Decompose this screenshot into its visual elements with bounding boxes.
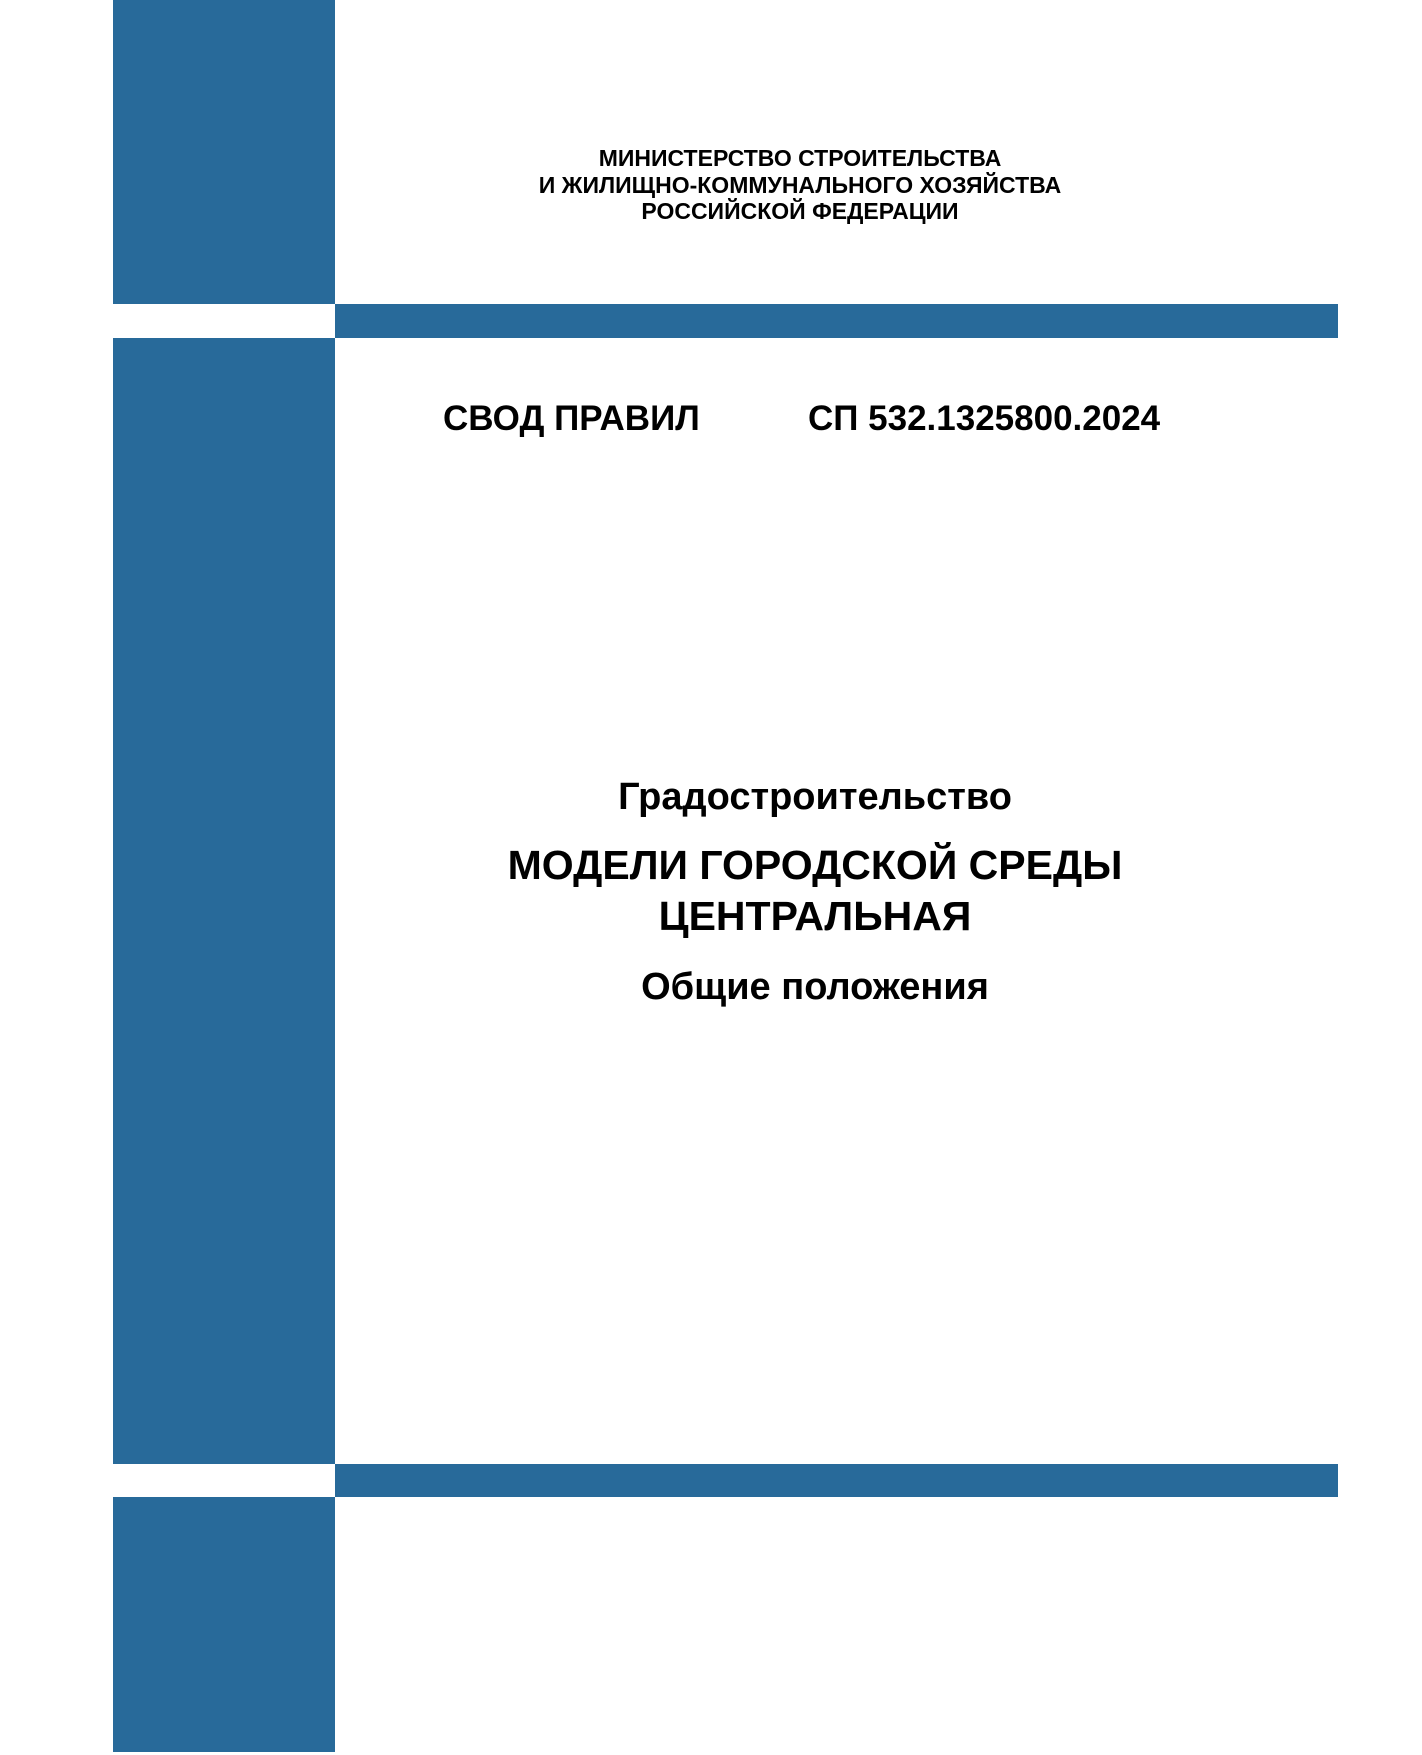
title-line: МОДЕЛИ ГОРОДСКОЙ СРЕДЫ [335,840,1295,891]
issuer-line: И ЖИЛИЩНО-КОММУНАЛЬНОГО ХОЗЯЙСТВА [335,172,1265,199]
document-kind: СВОД ПРАВИЛ [443,396,700,442]
document-title: МОДЕЛИ ГОРОДСКОЙ СРЕДЫ ЦЕНТРАЛЬНАЯ [335,840,1295,942]
decorative-horizontal-bar-bottom [335,1464,1338,1497]
issuer-line: РОССИЙСКОЙ ФЕДЕРАЦИИ [335,198,1265,225]
title-line: ЦЕНТРАЛЬНАЯ [335,891,1295,942]
decorative-vertical-bar-middle [113,338,335,1464]
issuer-block: МИНИСТЕРСТВО СТРОИТЕЛЬСТВА И ЖИЛИЩНО-КОМ… [335,145,1265,225]
subject-heading: Градостроительство [335,772,1295,822]
decorative-vertical-bar-top [113,0,335,304]
document-designation: СВОД ПРАВИЛ СП 532.1325800.2024 [443,396,1223,442]
decorative-horizontal-bar-top [335,304,1338,338]
document-subtitle: Общие положения [335,962,1295,1012]
document-number: СП 532.1325800.2024 [808,396,1160,442]
decorative-vertical-bar-bottom [113,1497,335,1752]
issuer-line: МИНИСТЕРСТВО СТРОИТЕЛЬСТВА [335,145,1265,172]
